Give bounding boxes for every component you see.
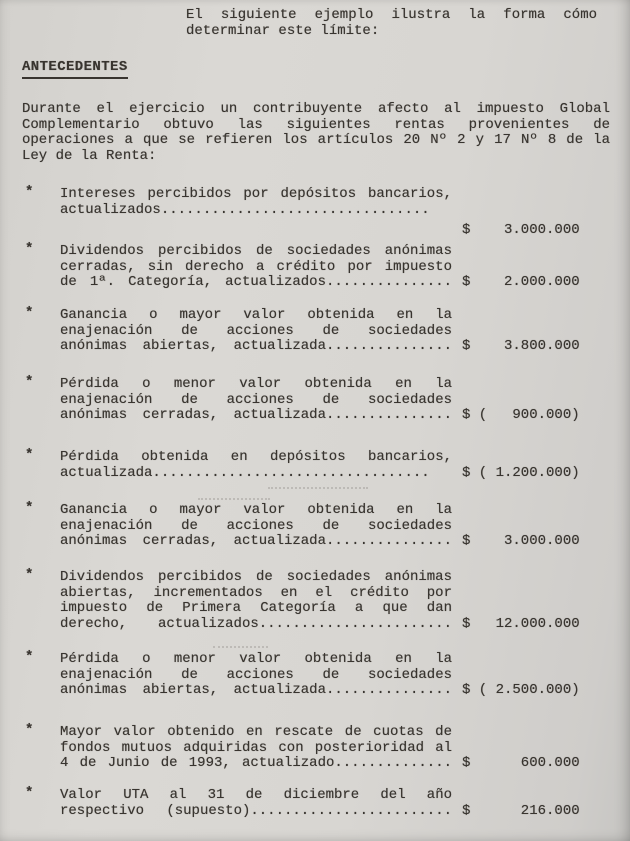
renta-item-perdida-abiertas: * Pérdida o menor valor obtenida en la e…: [22, 652, 608, 699]
item-text-line: impuesto de Primera Categoría a que dan: [60, 601, 452, 617]
item-text-line: de 1ª. Categoría, actualizados..........…: [60, 275, 452, 291]
item-text-line: Ganancia o mayor valor obtenida en la: [60, 308, 452, 324]
intro-line: El siguiente ejemplo ilustra la forma có…: [186, 8, 597, 24]
item-text-line: Intereses percibidos por depósitos banca…: [60, 187, 452, 203]
item-amount: $ 12.000.000: [462, 617, 580, 633]
item-text-line: Mayor valor obtenido en rescate de cuota…: [60, 725, 452, 741]
item-text-line: Valor UTA al 31 de diciembre del año: [60, 788, 452, 804]
item-text-line: actualizada.............................…: [60, 466, 452, 482]
paragraph-line: Complementario obtuvo las siguientes ren…: [22, 118, 610, 134]
asterisk-bullet: *: [25, 242, 33, 258]
item-text-line: actualizados............................…: [60, 203, 452, 219]
item-text-line: fondos mutuos adquiridas con posteriorid…: [60, 741, 452, 757]
item-text-line: 4 de Junio de 1993, actualizado.........…: [60, 756, 452, 772]
item-text-line: anónimas cerradas, actualizada..........…: [60, 534, 452, 550]
scan-artifact: [213, 646, 268, 648]
asterisk-bullet: *: [25, 650, 33, 666]
item-amount: $ 3.000.000: [462, 534, 580, 550]
item-text-line: enajenación de acciones de sociedades: [60, 668, 452, 684]
renta-item-dividendos-cerradas: * Dividendos percibidos de sociedades an…: [22, 244, 608, 291]
item-amount: $ 3.000.000: [462, 223, 580, 239]
item-amount: $ ( 900.000): [462, 408, 580, 424]
item-text-line: Pérdida o menor valor obtenida en la: [60, 377, 452, 393]
item-text-line: anónimas abiertas, actualizada..........…: [60, 339, 452, 355]
scanned-document-page: El siguiente ejemplo ilustra la forma có…: [0, 0, 630, 841]
renta-item-perdida-cerradas: * Pérdida o menor valor obtenida en la e…: [22, 377, 608, 424]
item-text-line: derecho, actualizados...................…: [60, 617, 452, 633]
asterisk-bullet: *: [25, 568, 33, 584]
item-amount: $ ( 2.500.000): [462, 683, 580, 699]
item-text-line: enajenación de acciones de sociedades: [60, 393, 452, 409]
renta-item-dividendos-abiertas: * Dividendos percibidos de sociedades an…: [22, 570, 608, 632]
item-amount: $ 216.000: [462, 804, 580, 820]
asterisk-bullet: *: [25, 786, 33, 802]
renta-item-ganancia-cerradas: * Ganancia o mayor valor obtenida en la …: [22, 503, 608, 550]
item-text-line: enajenación de acciones de sociedades: [60, 324, 452, 340]
item-text-line: Pérdida obtenida en depósitos bancarios,: [60, 450, 452, 466]
item-amount: $ 600.000: [462, 756, 580, 772]
item-text-line: Pérdida o menor valor obtenida en la: [60, 652, 452, 668]
asterisk-bullet: *: [25, 306, 33, 322]
section-heading-antecedentes: ANTECEDENTES: [22, 60, 128, 79]
item-amount: $ 2.000.000: [462, 275, 580, 291]
item-text-line: Dividendos percibidos de sociedades anón…: [60, 570, 452, 586]
paragraph-line: Ley de la Renta:: [22, 149, 610, 165]
item-text-line: anónimas cerradas, actualizada..........…: [60, 408, 452, 424]
asterisk-bullet: *: [25, 185, 33, 201]
renta-item-valor-uta: * Valor UTA al 31 de diciembre del año r…: [22, 788, 608, 819]
asterisk-bullet: *: [25, 375, 33, 391]
intro-text: El siguiente ejemplo ilustra la forma có…: [186, 8, 597, 39]
asterisk-bullet: *: [25, 501, 33, 517]
renta-item-perdida-depositos: * Pérdida obtenida en depósitos bancario…: [22, 450, 608, 481]
paragraph-line: operaciones a que se refieren los artícu…: [22, 133, 610, 149]
item-text-line: Dividendos percibidos de sociedades anón…: [60, 244, 452, 260]
antecedentes-paragraph: Durante el ejercicio un contribuyente af…: [22, 102, 610, 164]
renta-item-intereses: * Intereses percibidos por depósitos ban…: [22, 187, 608, 218]
renta-item-fondos-mutuos: * Mayor valor obtenido en rescate de cuo…: [22, 725, 608, 772]
item-text-line: respectivo (supuesto)...................…: [60, 804, 452, 820]
item-amount: $ ( 1.200.000): [462, 466, 580, 482]
item-text-line: abiertas, incrementados en el crédito po…: [60, 586, 452, 602]
scan-artifact: [198, 498, 270, 500]
renta-item-ganancia-abiertas: * Ganancia o mayor valor obtenida en la …: [22, 308, 608, 355]
item-text-line: Ganancia o mayor valor obtenida en la: [60, 503, 452, 519]
scan-artifact: [268, 487, 368, 489]
asterisk-bullet: *: [25, 723, 33, 739]
item-text-line: enajenación de acciones de sociedades: [60, 519, 452, 535]
intro-line: determinar este límite:: [186, 24, 597, 40]
paragraph-line: Durante el ejercicio un contribuyente af…: [22, 102, 610, 118]
item-text-line: anónimas abiertas, actualizada..........…: [60, 683, 452, 699]
item-text-line: cerradas, sin derecho a crédito por impu…: [60, 260, 452, 276]
asterisk-bullet: *: [25, 448, 33, 464]
item-amount: $ 3.800.000: [462, 339, 580, 355]
